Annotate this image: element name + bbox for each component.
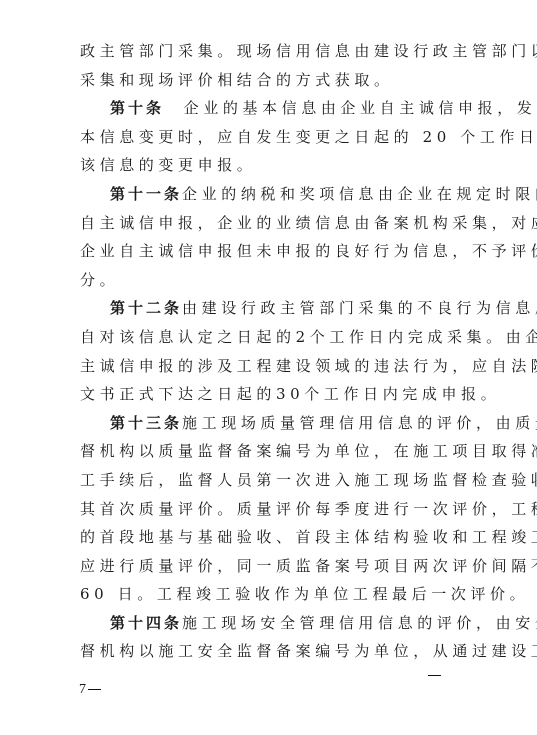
article-number: 第十三条 — [110, 414, 182, 432]
page-number-dash — [88, 689, 101, 690]
text-line: 采集和现场评价相结合的方式获取。 — [80, 66, 460, 95]
line-text: 自对该信息认定之日起的2个工作日内完成采集。由企业自 — [80, 328, 537, 346]
text-line: 其首次质量评价。质量评价每季度进行一次评价，工程项目 — [80, 495, 460, 524]
text-line: 60 日。工程竣工验收作为单位工程最后一次评价。 — [80, 580, 460, 609]
article-number: 第十一条 — [110, 185, 182, 203]
text-line: 分。 — [80, 266, 460, 295]
document-body: 政主管部门采集。现场信用信息由建设行政主管部门以自动 采集和现场评价相结合的方式… — [80, 37, 460, 666]
text-line: 主诚信申报的涉及工程建设领域的违法行为，应自法院判决 — [80, 352, 460, 381]
line-text: 其首次质量评价。质量评价每季度进行一次评价，工程项目 — [80, 500, 537, 518]
line-text: 企业的基本信息由企业自主诚信申报，发生基 — [164, 99, 537, 117]
text-line: 本信息变更时，应自发生变更之日起的 20 个工作日内完成 — [80, 123, 460, 152]
article-12-heading-line: 第十二条由建设行政主管部门采集的不良行为信息应 — [80, 294, 460, 323]
line-text: 督机构以质量监督备案编号为单位，在施工项目取得准予开 — [80, 442, 537, 460]
line-text: 本信息变更时，应自发生变更之日起的 20 个工作日内完成 — [80, 128, 537, 146]
text-line: 工手续后，监督人员第一次进入施工现场监督检查验收作为 — [80, 466, 460, 495]
line-text: 该信息的变更申报。 — [80, 156, 256, 174]
text-line: 政主管部门采集。现场信用信息由建设行政主管部门以自动 — [80, 37, 460, 66]
article-10-heading-line: 第十条 企业的基本信息由企业自主诚信申报，发生基 — [80, 94, 460, 123]
line-text: 施工现场质量管理信用信息的评价，由质量监 — [182, 414, 537, 432]
line-text: 自主诚信申报，企业的业绩信息由备案机构采集，对应当由 — [80, 214, 537, 232]
line-text: 主诚信申报的涉及工程建设领域的违法行为，应自法院判决 — [80, 357, 537, 375]
article-number: 第十条 — [110, 99, 164, 117]
text-line: 应进行质量评价，同一质监备案号项目两次评价间隔不少于 — [80, 552, 460, 581]
text-line: 督机构以施工安全监督备案编号为单位，从通过建设工程施 — [80, 637, 460, 666]
article-number: 第十四条 — [110, 614, 182, 632]
text-line: 该信息的变更申报。 — [80, 151, 460, 180]
text-line: 文书正式下达之日起的30个工作日内完成申报。 — [80, 380, 460, 409]
line-text: 督机构以施工安全监督备案编号为单位，从通过建设工程施 — [80, 642, 537, 660]
text-line: 督机构以质量监督备案编号为单位，在施工项目取得准予开 — [80, 437, 460, 466]
article-14-heading-line: 第十四条施工现场安全管理信用信息的评价，由安全监 — [80, 609, 460, 638]
page-number: 7 — [79, 682, 101, 698]
corner-dash-mark — [428, 675, 441, 676]
article-13-heading-line: 第十三条施工现场质量管理信用信息的评价，由质量监 — [80, 409, 460, 438]
line-text: 的首段地基与基础验收、首段主体结构验收和工程竣工验收 — [80, 528, 537, 546]
line-text: 60 日。工程竣工验收作为单位工程最后一次评价。 — [80, 585, 529, 603]
line-text: 企业的纳税和奖项信息由企业在规定时限内 — [182, 185, 537, 203]
document-page: 政主管部门采集。现场信用信息由建设行政主管部门以自动 采集和现场评价相结合的方式… — [0, 0, 537, 735]
text-line: 自主诚信申报，企业的业绩信息由备案机构采集，对应当由 — [80, 209, 460, 238]
line-text: 分。 — [80, 271, 119, 289]
line-text: 采集和现场评价相结合的方式获取。 — [80, 71, 394, 89]
text-line: 的首段地基与基础验收、首段主体结构验收和工程竣工验收 — [80, 523, 460, 552]
article-number: 第十二条 — [110, 299, 182, 317]
line-text: 施工现场安全管理信用信息的评价，由安全监 — [182, 614, 537, 632]
line-text: 企业自主诚信申报但未申报的良好行为信息，不予评价加 — [80, 242, 537, 260]
line-text: 应进行质量评价，同一质监备案号项目两次评价间隔不少于 — [80, 557, 537, 575]
line-text: 由建设行政主管部门采集的不良行为信息应 — [182, 299, 537, 317]
text-line: 企业自主诚信申报但未申报的良好行为信息，不予评价加 — [80, 237, 460, 266]
line-text: 工手续后，监督人员第一次进入施工现场监督检查验收作为 — [80, 471, 537, 489]
page-number-text: 7 — [79, 682, 86, 697]
line-text: 政主管部门采集。现场信用信息由建设行政主管部门以自动 — [80, 42, 537, 60]
text-line: 自对该信息认定之日起的2个工作日内完成采集。由企业自 — [80, 323, 460, 352]
line-text: 文书正式下达之日起的30个工作日内完成申报。 — [80, 385, 500, 403]
article-11-heading-line: 第十一条企业的纳税和奖项信息由企业在规定时限内 — [80, 180, 460, 209]
